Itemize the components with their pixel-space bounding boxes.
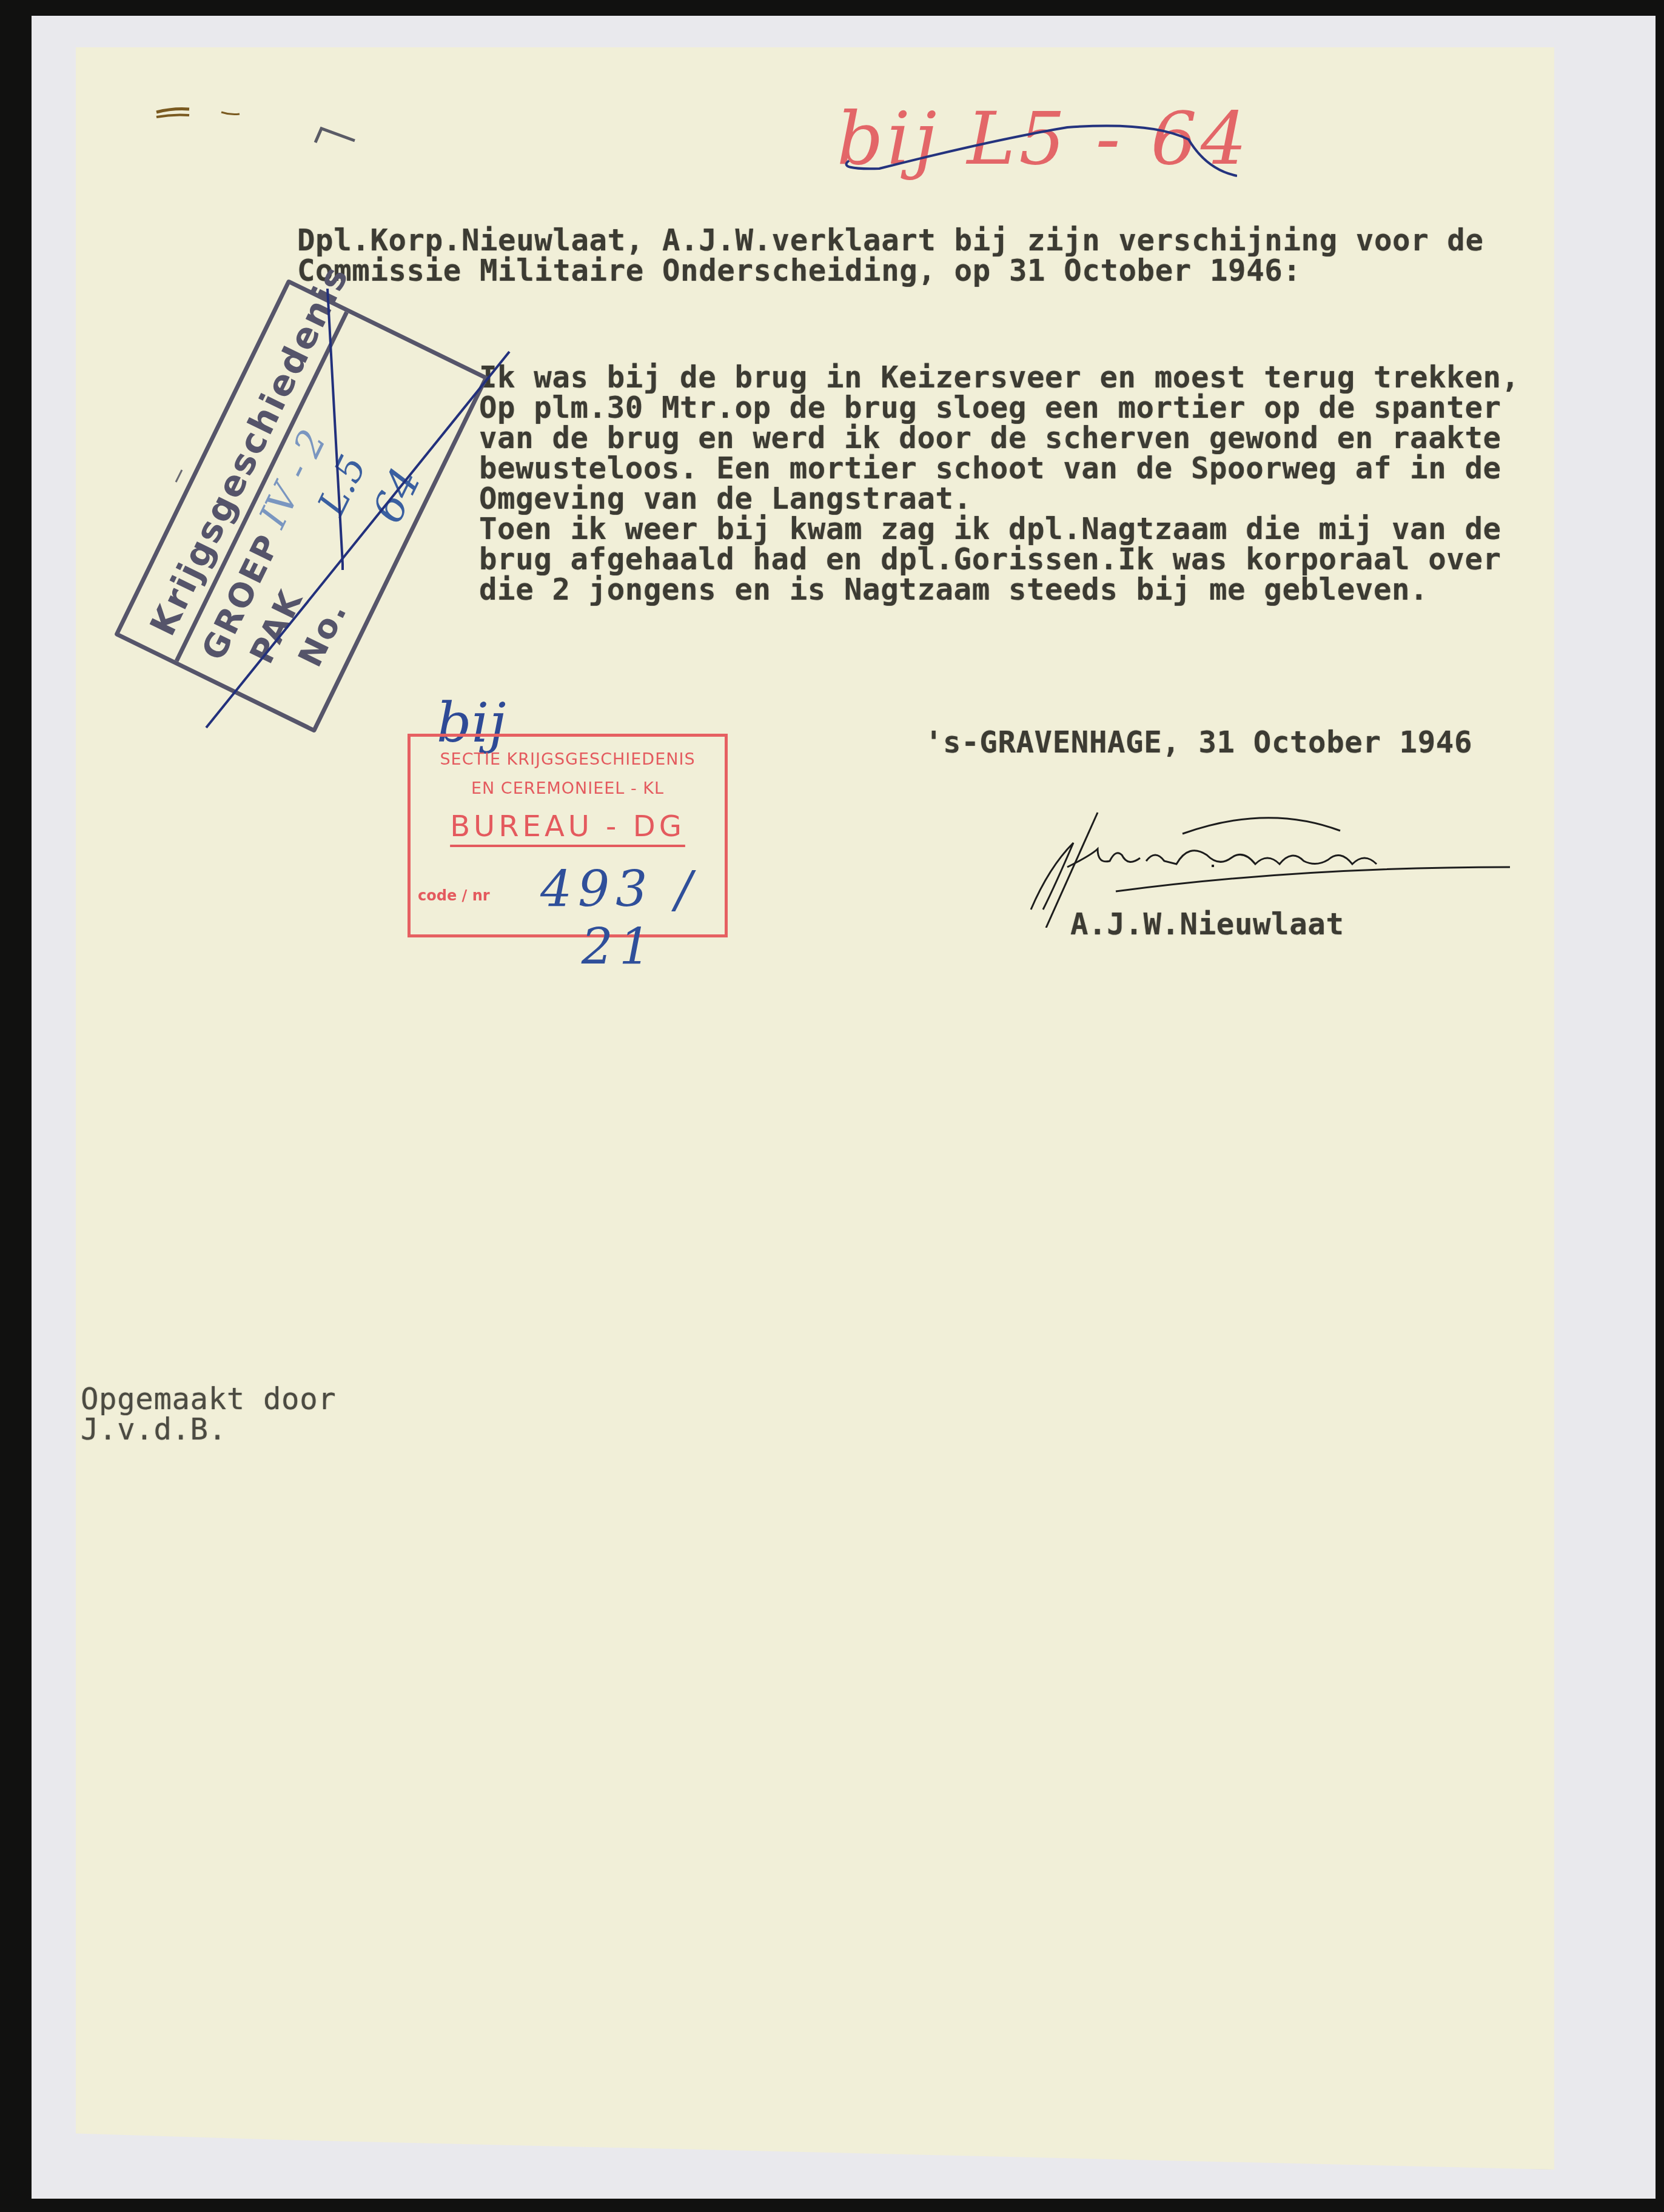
drafted-by-label: Opgemaakt door [81, 1384, 336, 1415]
blue-strike-line [813, 115, 1237, 188]
stamp-cross-out-lines [103, 285, 515, 758]
bureau-stamp-code-label: code / nr [418, 887, 490, 904]
header-line: Commissie Militaire Onderscheiding, op 3… [297, 256, 1484, 286]
header-line: Dpl.Korp.Nieuwlaat, A.J.W.verklaart bij … [297, 226, 1484, 256]
statement-line: brug afgehaald had en dpl.Gorissen.Ik wa… [479, 545, 1520, 575]
statement-line: Op plm.30 Mtr.op de brug sloeg een morti… [479, 393, 1520, 423]
typed-signatory-name: A.J.W.Nieuwlaat [1070, 910, 1344, 940]
statement-line: Ik was bij de brug in Keizersveer en moe… [479, 363, 1520, 393]
bureau-stamp-line3: BUREAU - DG [411, 809, 725, 843]
statement-line: bewusteloos. Een mortier schoot van de S… [479, 454, 1520, 484]
statement-line: Toen ik weer bij kwam zag ik dpl.Nagtzaa… [479, 514, 1520, 545]
statement-line: van de brug en werd ik door de scherven … [479, 423, 1520, 454]
statement-line: die 2 jongens en is Nagtzaam steeds bij … [479, 575, 1520, 605]
bureau-stamp: SECTIE KRIJGSGESCHIEDENIS EN CEREMONIEEL… [408, 734, 728, 937]
drafted-by-initials: J.v.d.B. [81, 1415, 336, 1445]
statement-header: Dpl.Korp.Nieuwlaat, A.J.W.verklaart bij … [297, 226, 1484, 286]
bureau-stamp-line2: EN CEREMONIEEL - KL [411, 779, 725, 798]
bureau-stamp-line1: SECTIE KRIJGSGESCHIEDENIS [411, 750, 725, 769]
drafted-by: Opgemaakt doorJ.v.d.B. [81, 1384, 336, 1445]
statement-line: Omgeving van de Langstraat. [479, 484, 1520, 514]
statement-body: Ik was bij de brug in Keizersveer en moe… [479, 363, 1520, 605]
bureau-stamp-code-value: 493 / 21 [514, 861, 725, 976]
place-date: 's-GRAVENHAGE, 31 October 1946 [925, 728, 1472, 758]
